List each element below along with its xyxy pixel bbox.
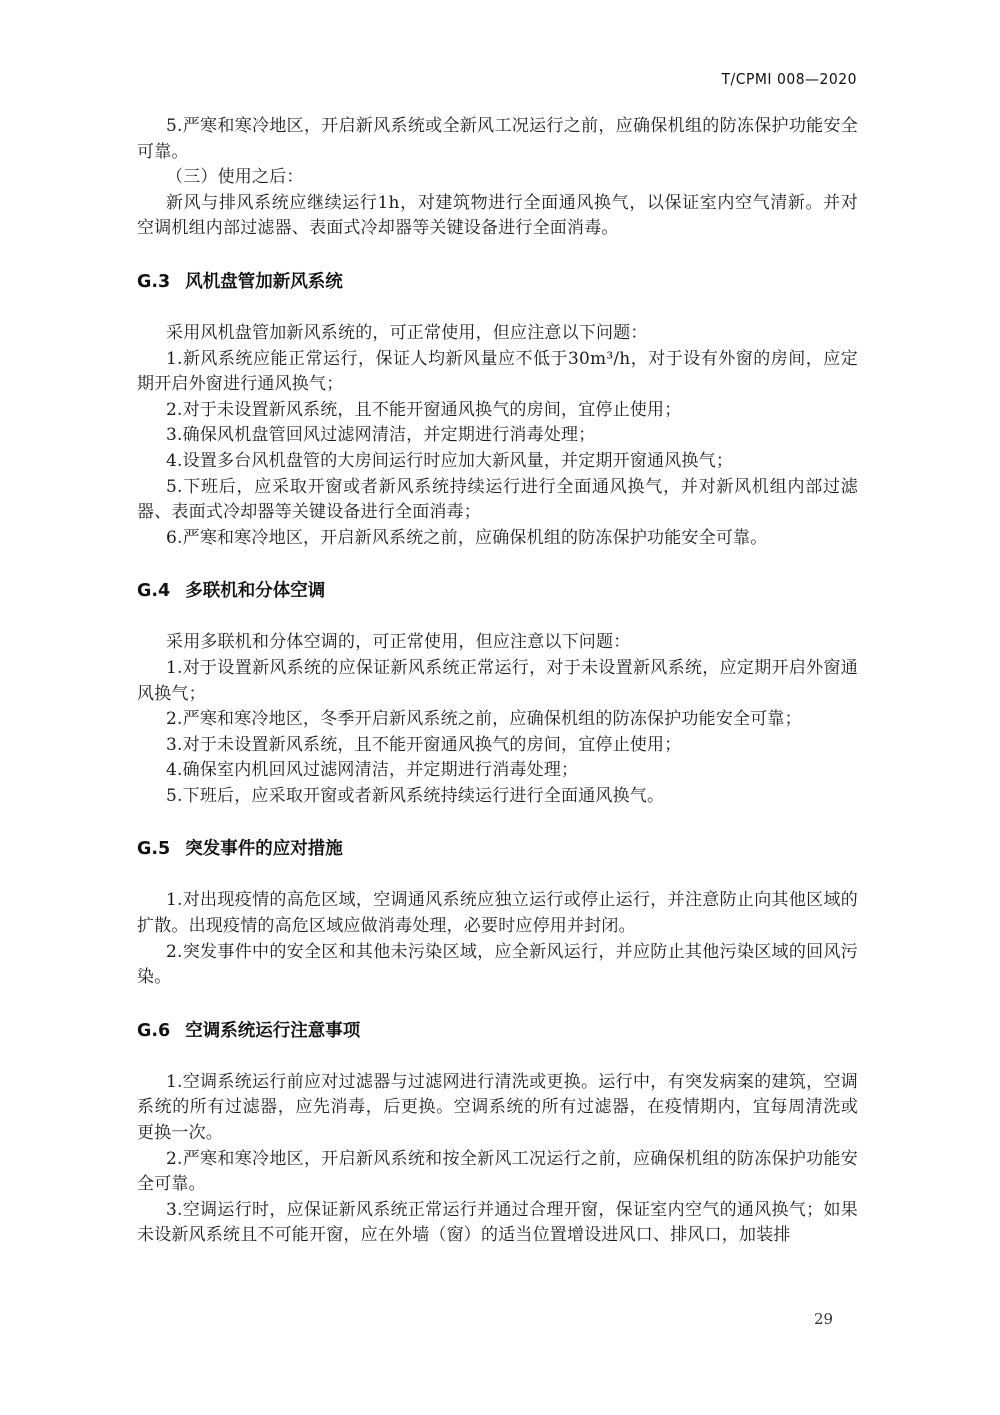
document-code: T/CPMI 008—2020 xyxy=(722,70,857,88)
section-heading: G.4多联机和分体空调 xyxy=(137,577,858,602)
paragraph: 1.对于设置新风系统的应保证新风系统正常运行，对于未设置新风系统，应定期开启外窗… xyxy=(137,656,858,707)
section-title: 空调系统运行注意事项 xyxy=(185,1021,360,1041)
paragraph: 2.严寒和寒冷地区，冬季开启新风系统之前，应确保机组的防冻保护功能安全可靠； xyxy=(137,707,858,733)
section-title: 突发事件的应对措施 xyxy=(185,839,343,859)
section-heading: G.6空调系统运行注意事项 xyxy=(137,1017,858,1042)
section-number: G.5 xyxy=(137,839,170,859)
section-title: 风机盘管加新风系统 xyxy=(185,272,343,292)
paragraph: 4.设置多台风机盘管的大房间运行时应加大新风量，并定期开窗通风换气； xyxy=(137,449,858,475)
document-page: T/CPMI 008—2020 5.严寒和寒冷地区，开启新风系统或全新风工况运行… xyxy=(0,0,1000,1415)
paragraph: 2.突发事件中的安全区和其他未污染区域，应全新风运行，并应防止其他污染区域的回风… xyxy=(137,940,858,991)
paragraph: （三）使用之后： xyxy=(137,165,858,191)
section-number: G.4 xyxy=(137,581,170,601)
paragraph: 2.对于未设置新风系统，且不能开窗通风换气的房间，宜停止使用； xyxy=(137,398,858,424)
paragraph: 5.下班后，应采取开窗或者新风系统持续运行进行全面通风换气。 xyxy=(137,784,858,810)
paragraph: 4.确保室内机回风过滤网清洁，并定期进行消毒处理； xyxy=(137,758,858,784)
paragraph: 1.对出现疫情的高危区域，空调通风系统应独立运行或停止运行，并注意防止向其他区域… xyxy=(137,888,858,939)
paragraph: 3.对于未设置新风系统，且不能开窗通风换气的房间，宜停止使用； xyxy=(137,733,858,759)
document-body: 5.严寒和寒冷地区，开启新风系统或全新风工况运行之前，应确保机组的防冻保护功能安… xyxy=(137,114,858,1249)
paragraph: 2.严寒和寒冷地区，开启新风系统和按全新风工况运行之前，应确保机组的防冻保护功能… xyxy=(137,1147,858,1198)
paragraph: 新风与排风系统应继续运行1h，对建筑物进行全面通风换气，以保证室内空气清新。并对… xyxy=(137,191,858,242)
section-title: 多联机和分体空调 xyxy=(185,581,325,601)
section-number: G.6 xyxy=(137,1021,170,1041)
section-heading: G.5突发事件的应对措施 xyxy=(137,835,858,860)
page-number: 29 xyxy=(814,1310,833,1328)
paragraph: 5.下班后，应采取开窗或者新风系统持续运行进行全面通风换气，并对新风机组内部过滤… xyxy=(137,475,858,526)
paragraph: 1.空调系统运行前应对过滤器与过滤网进行清洗或更换。运行中，有突发病案的建筑，空… xyxy=(137,1070,858,1147)
paragraph: 6.严寒和寒冷地区，开启新风系统之前，应确保机组的防冻保护功能安全可靠。 xyxy=(137,526,858,552)
paragraph: 5.严寒和寒冷地区，开启新风系统或全新风工况运行之前，应确保机组的防冻保护功能安… xyxy=(137,114,858,165)
section-number: G.3 xyxy=(137,272,170,292)
paragraph: 3.确保风机盘管回风过滤网清洁，并定期进行消毒处理； xyxy=(137,423,858,449)
paragraph: 3.空调运行时，应保证新风系统正常运行并通过合理开窗，保证室内空气的通风换气；如… xyxy=(137,1198,858,1249)
paragraph: 1.新风系统应能正常运行，保证人均新风量应不低于30m³/h，对于设有外窗的房间… xyxy=(137,347,858,398)
paragraph: 采用风机盘管加新风系统的，可正常使用，但应注意以下问题： xyxy=(137,321,858,347)
paragraph: 采用多联机和分体空调的，可正常使用，但应注意以下问题： xyxy=(137,630,858,656)
section-heading: G.3风机盘管加新风系统 xyxy=(137,268,858,293)
